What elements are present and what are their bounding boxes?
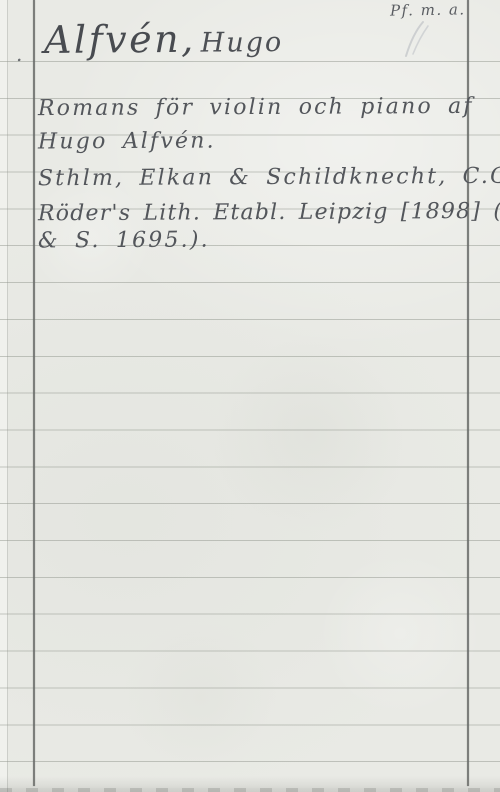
author-statement-line: Hugo Alfvén. <box>38 131 216 154</box>
faint-pencil-mark-icon <box>399 17 433 59</box>
imprint-line-1: Sthlm, Elkan & Schildknecht, C.G. <box>38 166 500 191</box>
margin-dot: . <box>16 44 22 64</box>
author-surname: Alfvén, <box>44 20 196 59</box>
left-margin-rule <box>33 0 35 786</box>
catalog-card: Pf. m. a. . Alfvén, Hugo Romans för viol… <box>0 0 500 792</box>
card-bottom-edge-speckle <box>0 788 500 792</box>
plate-number-line: & S. 1695.). <box>38 230 210 253</box>
title-line: Romans för violin och piano af <box>38 96 474 120</box>
imprint-line-2: Röder's Lith. Etabl. Leipzig [1898] (E. <box>38 201 500 226</box>
heading-author: Alfvén, Hugo <box>44 19 283 59</box>
card-left-edge <box>0 0 8 792</box>
author-forename: Hugo <box>201 29 284 57</box>
